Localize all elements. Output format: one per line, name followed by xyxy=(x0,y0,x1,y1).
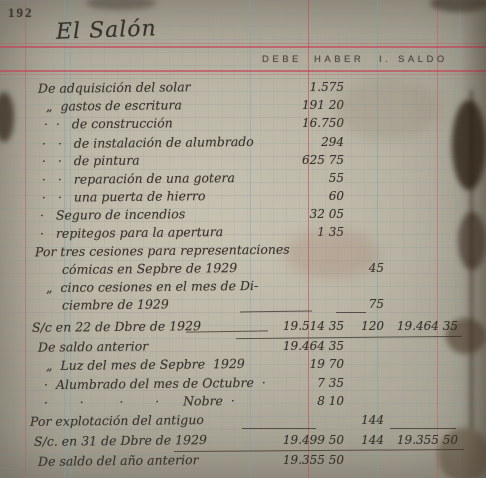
entry-description: · · reparación de una gotera xyxy=(42,170,235,187)
header-rule xyxy=(0,74,486,75)
saldo-amount: 19.355 50 xyxy=(392,433,458,447)
debe-amount: 19.499 50 xyxy=(238,433,344,447)
entry-description: „ cinco cesiones en el mes de Di- xyxy=(46,278,258,295)
debe-amount: 60 xyxy=(238,189,344,203)
ledger-row: · · de pintura 625 75 xyxy=(0,153,486,170)
ledger-row: De saldo anterior 19.464 35 xyxy=(0,339,486,356)
entry-description: De adquisición del solar xyxy=(38,79,191,96)
entry-description: · · de construcción xyxy=(44,115,173,131)
column-header-saldo: SALDO xyxy=(398,54,448,65)
debe-amount: 19.355 50 xyxy=(238,453,344,467)
ledger-row: · · de construcción 16.750 xyxy=(0,116,486,133)
ledger-row-total: S/c. en 31 de Dbre de 1929 19.499 50 144… xyxy=(0,433,486,450)
ledger-row: ciembre de 1929 75 xyxy=(0,297,486,314)
ledger-row: De saldo del año anterior 19.355 50 xyxy=(0,453,486,470)
column-header-debe: DEBE xyxy=(262,54,302,65)
entry-description: „ gastos de escritura xyxy=(46,97,182,113)
haber-amount: 144 xyxy=(344,413,384,427)
ledger-row: „ cinco cesiones en el mes de Di- xyxy=(0,279,486,296)
ledger-row: cómicas en Sepbre de 1929 45 xyxy=(0,261,486,278)
column-header-i: I. xyxy=(379,54,391,65)
entry-description: · · de pintura xyxy=(42,152,140,168)
debe-amount: 625 75 xyxy=(238,153,344,167)
ledger-row: · repitegos para la apertura 1 35 xyxy=(0,225,486,242)
debe-amount: 19 70 xyxy=(238,357,344,371)
ledger-row: Por explotación del antiguo 144 xyxy=(0,413,486,430)
debe-amount: 32 05 xyxy=(238,207,344,221)
debe-amount: 19.514 35 xyxy=(238,319,344,333)
entry-description: „ Luz del mes de Sepbre 1929 xyxy=(46,356,245,373)
entry-description: De saldo del año anterior xyxy=(38,452,199,469)
top-right-stain xyxy=(430,0,486,12)
header-rule xyxy=(0,46,486,48)
ledger-row: · · · · Nobre · 8 10 xyxy=(0,394,486,411)
haber-amount: 75 xyxy=(344,297,384,311)
debe-amount: 7 35 xyxy=(238,376,344,390)
entry-description: · Alumbrado del mes de Octubre · xyxy=(44,375,266,392)
haber-amount: 45 xyxy=(344,261,384,275)
entry-description: Por explotación del antiguo xyxy=(30,412,204,429)
debe-amount: 8 10 xyxy=(238,394,344,408)
ledger-row: · · de instalación de alumbrado 294 xyxy=(0,135,486,152)
entry-description: · Seguro de incendios xyxy=(40,206,185,223)
haber-amount: 144 xyxy=(344,433,384,447)
entry-description: Por tres cesiones para representaciones xyxy=(35,242,290,260)
ledger-row: „ Luz del mes de Sepbre 1929 19 70 xyxy=(0,357,486,374)
ledger-row: · · reparación de una gotera 55 xyxy=(0,171,486,188)
entry-description: · repitegos para la apertura xyxy=(40,224,223,241)
entry-description: S/c. en 31 de Dbre de 1929 xyxy=(34,432,207,449)
debe-amount: 294 xyxy=(238,135,344,149)
ledger-row: Por tres cesiones para representaciones xyxy=(0,243,486,260)
header-rule xyxy=(0,70,486,72)
saldo-amount: 19.464 35 xyxy=(392,319,458,333)
entry-description: cómicas en Sepbre de 1929 xyxy=(62,260,237,277)
page-number: 192 xyxy=(8,5,34,21)
entry-description: · · una puerta de hierro xyxy=(42,188,206,205)
account-title: El Salón xyxy=(56,16,158,45)
ledger-row-total: S/c en 22 de Dbre de 1929 19.514 35 120 … xyxy=(0,319,486,336)
entry-description: ciembre de 1929 xyxy=(62,296,169,312)
debe-amount: 16.750 xyxy=(238,116,344,130)
entry-description: S/c en 22 de Dbre de 1929 xyxy=(32,318,201,335)
entry-description: De saldo anterior xyxy=(38,338,148,354)
ledger-row: De adquisición del solar 1.575 xyxy=(0,80,486,97)
ledger-row: · Seguro de incendios 32 05 xyxy=(0,207,486,224)
haber-amount: 120 xyxy=(344,319,384,333)
column-header-haber: HABER xyxy=(314,54,364,65)
entry-description: · · · · Nobre · xyxy=(44,393,235,410)
ledger-page: 192 El Salón DEBE HABER I. SALDO De adqu… xyxy=(0,0,486,478)
entry-description: · · de instalación de alumbrado xyxy=(42,134,254,151)
ledger-row: · Alumbrado del mes de Octubre · 7 35 xyxy=(0,376,486,393)
debe-amount: 191 20 xyxy=(238,98,344,112)
ledger-row: · · una puerta de hierro 60 xyxy=(0,189,486,206)
ledger-row: „ gastos de escritura 191 20 xyxy=(0,98,486,115)
debe-amount: 55 xyxy=(238,171,344,185)
debe-amount: 1 35 xyxy=(238,225,344,239)
top-edge-stain xyxy=(86,0,156,10)
debe-amount: 1.575 xyxy=(238,80,344,94)
debe-amount: 19.464 35 xyxy=(238,339,344,353)
